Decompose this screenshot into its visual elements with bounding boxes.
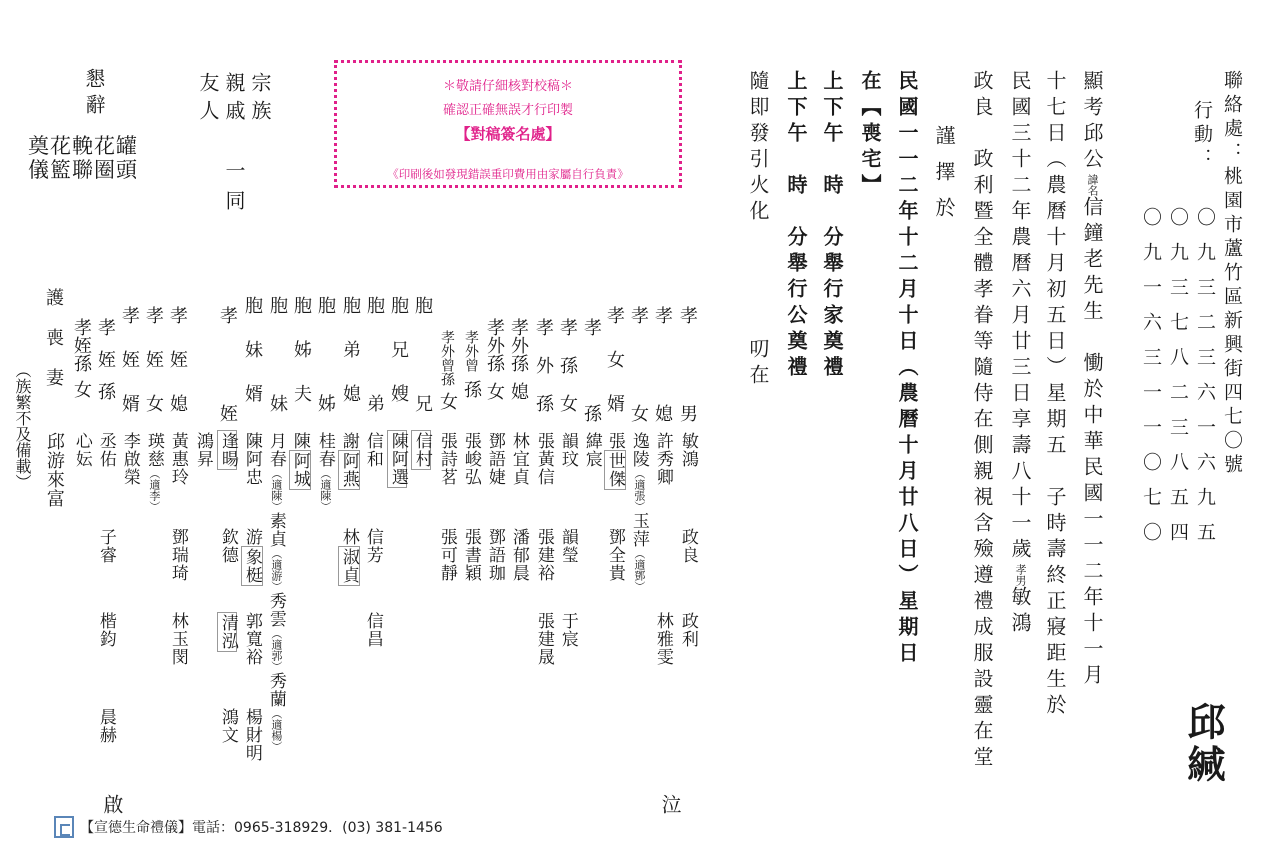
- name-elder-sister-1: 桂春（適陳）: [315, 432, 333, 512]
- name-younger-sister-husband-3: 郭寬裕: [242, 612, 260, 666]
- decline-items: 奠花輓花罐 儀籃聯圈頭: [28, 134, 138, 182]
- signature-seal: 邱緘: [1176, 702, 1231, 786]
- rel-niece-husband: 孝姪婿: [120, 306, 138, 412]
- rel-elder-sister: 胞姊: [316, 296, 334, 412]
- name-grandson-1: 緯宸: [582, 432, 600, 468]
- phone-label: 電話：: [192, 817, 234, 837]
- proof-line-1: ＊敬請仔細核對校稿＊: [337, 75, 679, 94]
- announcement-line-4: 政良 政利暨全體孝眷等隨侍在側親視含殮遵禮成服設靈在堂: [972, 70, 992, 772]
- rel-younger-brother: 胞弟: [365, 296, 383, 412]
- together-label: 一同: [224, 160, 244, 220]
- name-nephew-5: 鴻昇: [193, 432, 211, 468]
- name-son-3: 政利: [678, 612, 696, 648]
- rel-younger-sister-husband: 胞妹婿: [243, 296, 261, 402]
- name-outside-grandson-3: 張建晟: [534, 612, 552, 666]
- name-grandniece-1: 心妘: [72, 432, 90, 468]
- rel-daughter: 孝女: [629, 306, 647, 422]
- name-dil-1: 許秀卿: [653, 432, 671, 486]
- name-younger-brother-wife-1: 謝阿燕: [339, 432, 357, 490]
- name-nephew-2: 欽德: [218, 528, 236, 564]
- mobile-number-1: 〇九三二三六一六九五: [1195, 207, 1214, 557]
- name-dil-2: 林雅雯: [653, 612, 671, 666]
- office-label: 聯絡處：: [1221, 70, 1243, 166]
- group-relatives: 親戚: [224, 72, 244, 128]
- name-niece-1: 瑛慈（適李）: [144, 432, 162, 512]
- announcement-line-1: 顯考邱公諱名信鐘老先生 慟於中華民國一一二年十一月: [1082, 70, 1102, 690]
- footer: 【宣德生命禮儀】 電話： 0965-318929．(03) 381-1456: [54, 816, 443, 838]
- name-granddaughter-3: 于宸: [558, 612, 576, 648]
- name-son-2: 政良: [678, 528, 696, 564]
- mobile-number-2: 〇九三七八二三八五四: [1168, 207, 1187, 557]
- name-younger-sister-list: 月春（適陳）素貞（適游）秀雲（適郭）秀蘭（適楊）: [266, 432, 284, 752]
- name-granddaughter-2: 韻瑩: [558, 528, 576, 564]
- rel-outside-granddaughter: 孝外孫女: [485, 318, 503, 400]
- name-younger-brother-1: 信和: [363, 432, 381, 468]
- name-grandnephew-1: 丞佑: [96, 432, 114, 468]
- closing-right: 泣: [660, 794, 680, 820]
- name-nephew-4: 鴻文: [218, 708, 236, 744]
- decline-title: 懇辭: [84, 68, 104, 120]
- name-outside-grandson-wife-2: 潘郁晨: [509, 528, 527, 582]
- family-rite-time: 上下午 時 分舉行家奠禮: [822, 70, 842, 382]
- name-nephew-wife-1: 黃惠玲: [168, 432, 186, 486]
- rel-nephew-wife: 孝姪媳: [168, 306, 186, 412]
- cremation-end: 叨在: [748, 338, 768, 390]
- funeral-date: 民國一一二年十二月十日（農曆十月廿八日）星期日: [897, 70, 917, 668]
- group-friends: 友人: [198, 72, 218, 128]
- name-grandnephew-3: 楷鈞: [96, 612, 114, 648]
- public-rite-time: 上下午 時 分舉行公奠禮: [786, 70, 806, 382]
- family-note: （族繁不及備載）: [14, 362, 30, 490]
- name-outside-grandson-2: 張建裕: [534, 528, 552, 582]
- proof-disclaimer: 《印刷後如發現錯誤重印費用由家屬自行負責》: [337, 166, 679, 182]
- rel-elder-brother: 胞兄: [413, 296, 431, 412]
- rel-niece: 孝姪女: [144, 306, 162, 412]
- name-outside-great-granddaughter-1: 張詩茗: [437, 432, 455, 486]
- name-nephew-wife-3: 林玉閔: [168, 612, 186, 666]
- office-address: 桃園市蘆竹區新興街四七〇號: [1221, 166, 1243, 478]
- group-clan: 宗族: [250, 72, 270, 128]
- name-younger-sister-husband-4: 楊財明: [242, 708, 260, 762]
- name-younger-brother-3: 信昌: [363, 612, 381, 648]
- rel-younger-sister: 胞妹: [268, 296, 286, 412]
- rel-son: 孝男: [678, 306, 696, 502]
- name-granddaughter-1: 韻玟: [558, 432, 576, 468]
- rel-grandson: 孝孫: [582, 318, 600, 422]
- name-elder-brother-wife-1: 陳阿選: [387, 430, 407, 488]
- rel-outside-great-grandson: 孝外曾孫: [462, 330, 480, 398]
- name-grandnephew-2: 子睿: [96, 528, 114, 564]
- cremation-note: 隨即發引火化: [748, 70, 768, 226]
- contact-office: 聯絡處：桃園市蘆竹區新興街四七〇號: [1222, 70, 1241, 478]
- name-son-in-law-1: 張世傑: [605, 432, 623, 490]
- company-name: 【宣德生命禮儀】: [80, 817, 192, 837]
- company-logo-icon: [54, 816, 74, 838]
- proof-signature-box[interactable]: ＊敬請仔細核對校稿＊ 確認正確無誤才行印製 【對稿簽名處】 《印刷後如發現錯誤重…: [334, 60, 682, 188]
- phone-numbers: 0965-318929．(03) 381-1456: [234, 817, 443, 837]
- rel-outside-grandson: 孝外孫: [534, 318, 552, 412]
- rel-granddaughter: 孝孫女: [558, 318, 576, 412]
- rel-outside-grandson-wife: 孝外孫媳: [509, 318, 527, 400]
- rel-younger-brother-wife: 胞弟媳: [341, 296, 359, 402]
- rel-elder-sister-husband: 胞姊夫: [292, 296, 310, 402]
- rel-elder-brother-wife: 胞兄嫂: [389, 296, 407, 402]
- name-elder-sister-husband-1: 陳阿城: [290, 432, 308, 490]
- name-younger-sister-husband-1: 陳阿忠: [242, 432, 260, 486]
- announcement-line-2: 十七日（農曆十月初五日）星期五 子時壽終正寢距生於: [1045, 70, 1065, 720]
- name-younger-sister-husband-2: 游象梃: [242, 528, 260, 586]
- name-outside-grandson-wife-1: 林宜貞: [509, 432, 527, 486]
- name-outside-great-granddaughter-2: 張可靜: [437, 528, 455, 582]
- name-grandnephew-4: 晨赫: [96, 708, 114, 744]
- name-outside-granddaughter-1: 鄧語婕: [485, 432, 503, 486]
- taboo-name-label: 諱名: [1086, 174, 1099, 196]
- rel-nephew: 孝姪: [218, 306, 236, 422]
- funeral-location: 在【喪宅】: [860, 70, 880, 200]
- name-outside-grandson-1: 張黃信: [534, 432, 552, 486]
- name-nephew-wife-2: 鄧瑞琦: [168, 528, 186, 582]
- mobile-label: 行動：: [1192, 100, 1211, 172]
- rel-grandnephew: 孝姪孫: [96, 318, 114, 400]
- name-nephew-1: 逢暘: [217, 430, 237, 470]
- rel-grandniece: 孝姪孫女: [72, 318, 90, 398]
- rel-outside-great-granddaughter: 孝外曾孫女: [438, 330, 456, 410]
- name-outside-great-grandson-1: 張峻弘: [461, 432, 479, 486]
- name-son-1: 敏鴻: [678, 432, 696, 468]
- name-chief-mourner-wife: 邱游來富: [44, 432, 63, 508]
- rel-son-in-law: 孝女婿: [605, 306, 623, 412]
- name-outside-granddaughter-2: 鄧語珈: [485, 528, 503, 582]
- name-elder-brother-1: 信村: [411, 430, 431, 470]
- proof-line-2: 確認正確無誤才行印製: [337, 99, 679, 118]
- rel-daughter-in-law: 孝媳: [653, 306, 671, 422]
- name-daughter-1: 逸陵（適張）玉萍（適鄧）: [629, 432, 647, 592]
- proof-sign-label: 【對稿簽名處】: [337, 123, 679, 144]
- announcement-line-3: 民國三十二年農曆六月廿三日享壽八十一歲孝男敏鴻: [1010, 70, 1030, 638]
- name-son-in-law-2: 鄧全貴: [605, 528, 623, 582]
- name-niece-husband-1: 李啟榮: [120, 432, 138, 486]
- name-younger-brother-2: 信芳: [363, 528, 381, 564]
- name-outside-great-grandson-2: 張書穎: [461, 528, 479, 582]
- mobile-number-3: 〇九一六三一一〇七〇: [1141, 207, 1160, 557]
- selected-label: 謹擇於: [934, 125, 954, 233]
- rel-chief-mourner-wife: 護喪妻: [44, 288, 62, 408]
- name-nephew-3: 清泓: [217, 612, 237, 652]
- name-younger-brother-wife-2: 林淑貞: [339, 528, 357, 586]
